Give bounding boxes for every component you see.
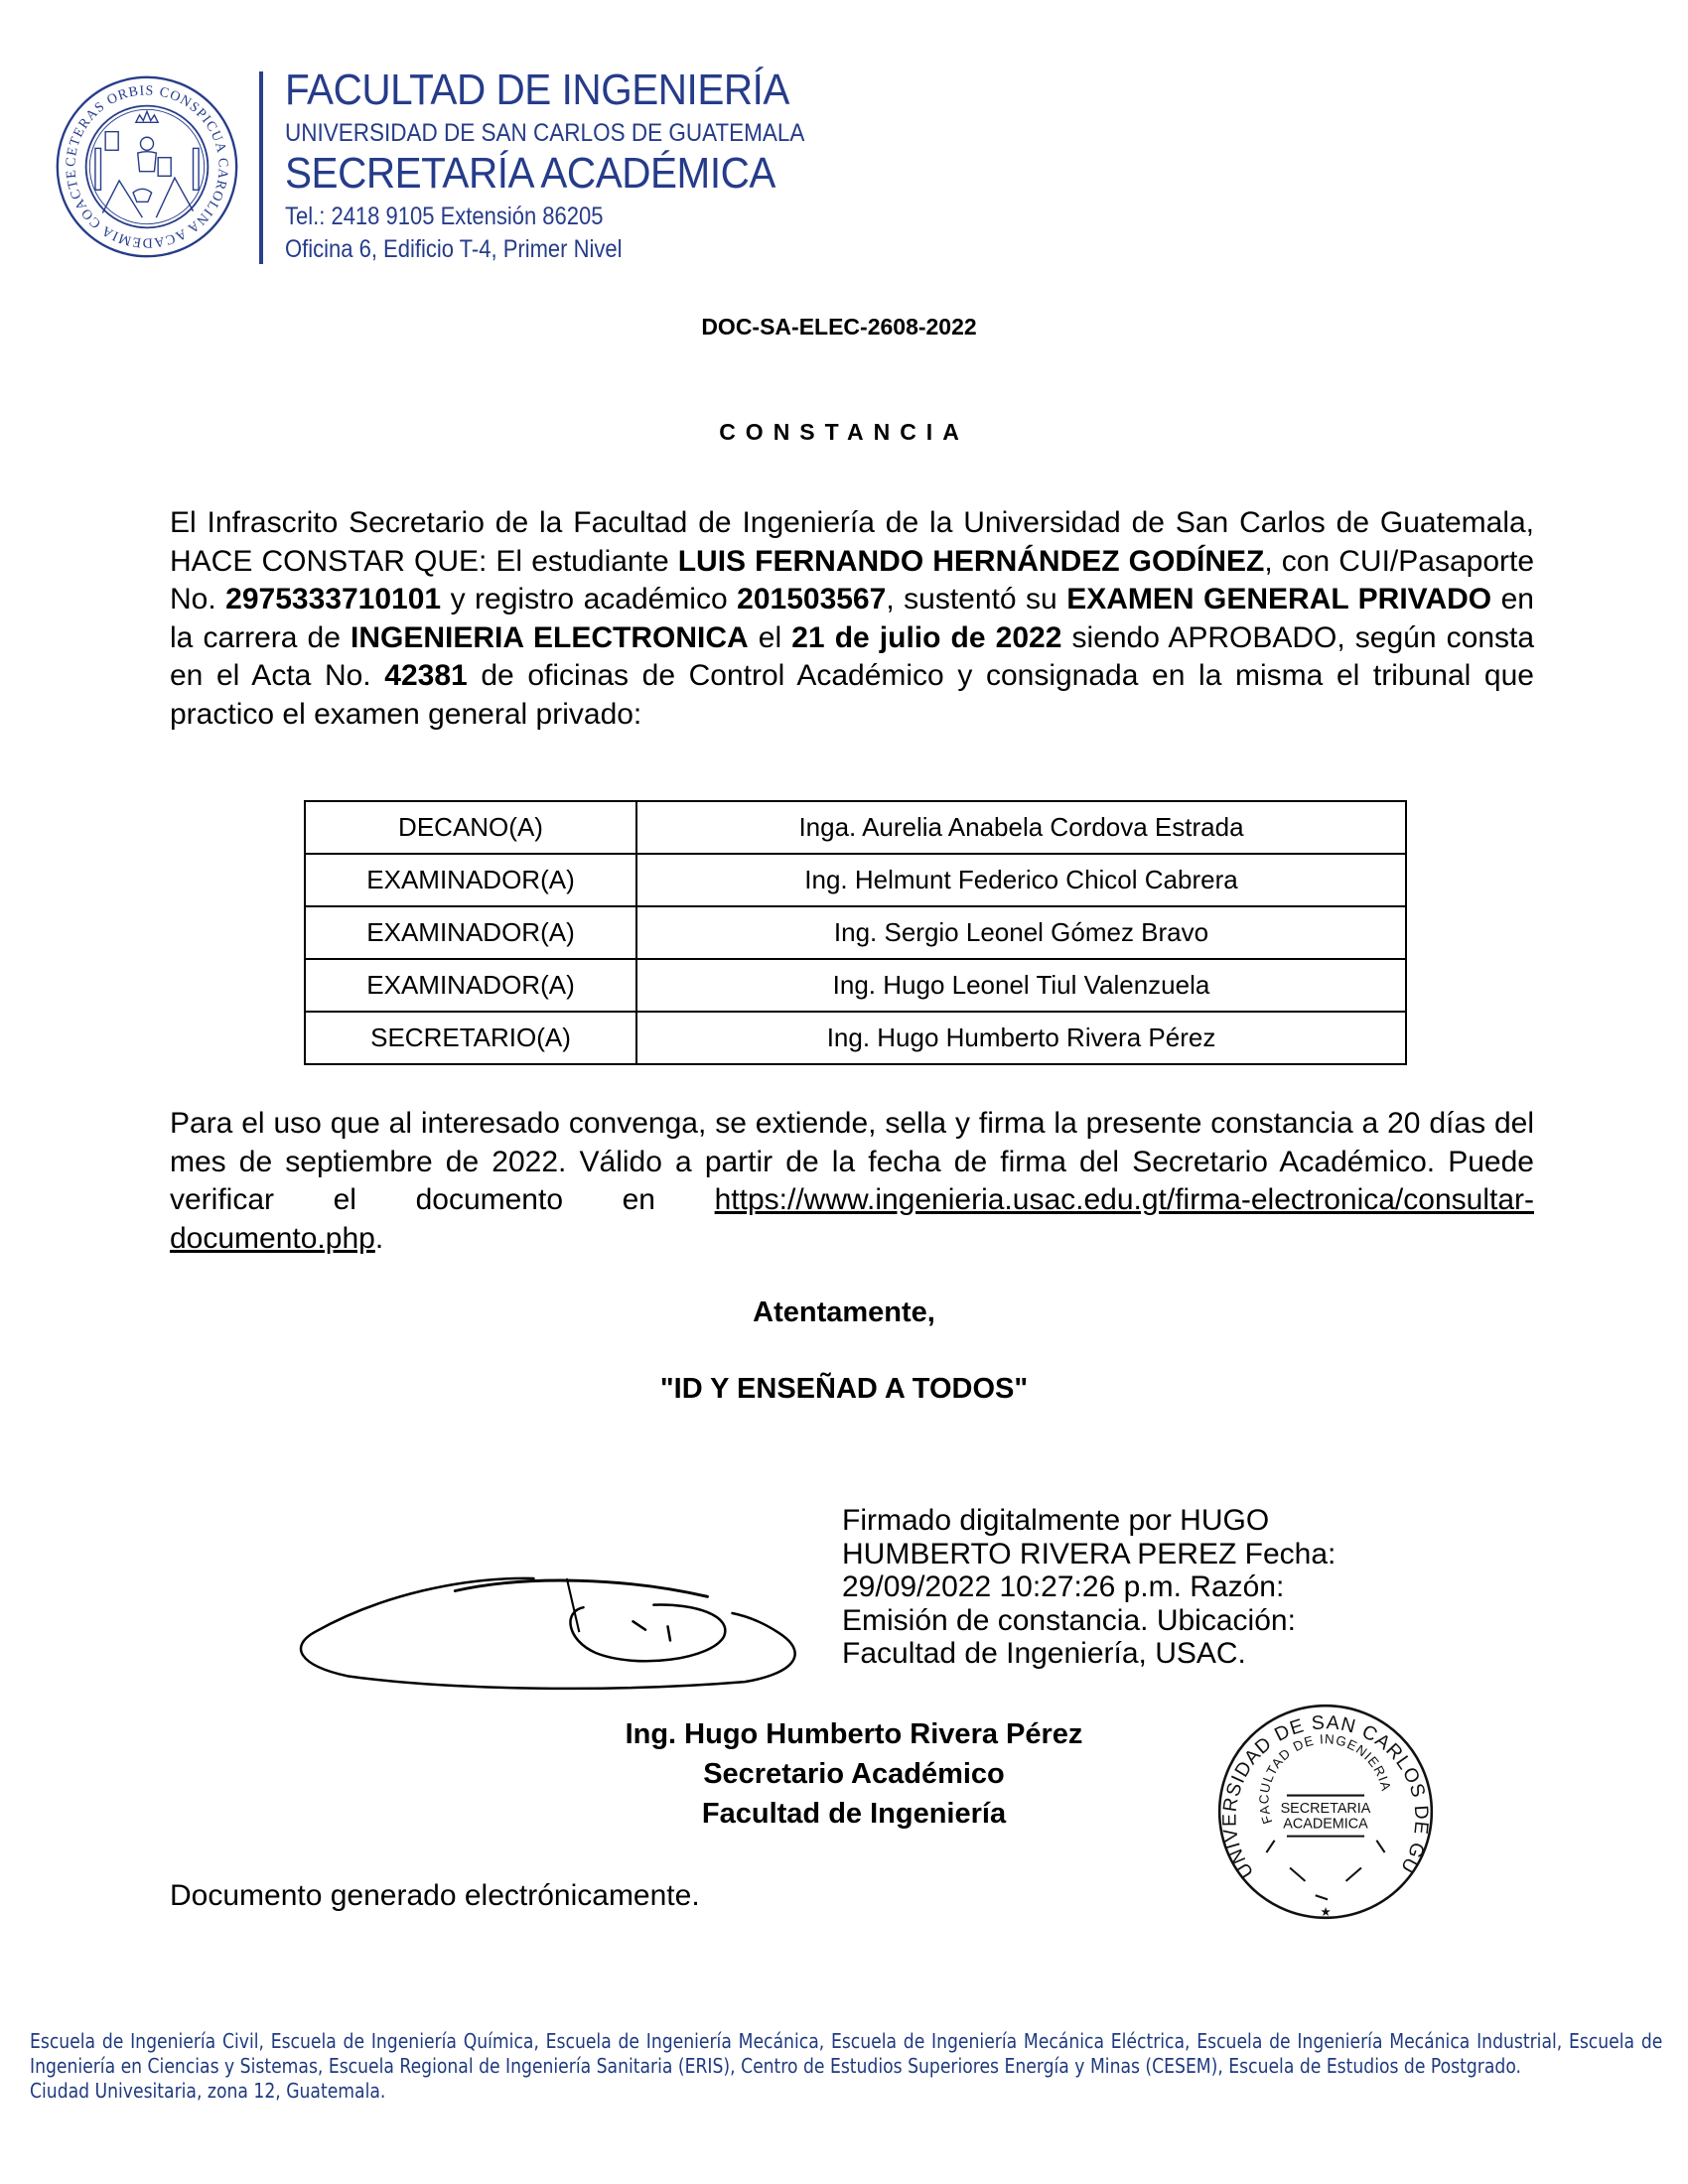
university-name: UNIVERSIDAD DE SAN CARLOS DE GUATEMALA: [285, 119, 804, 148]
tribunal-member-name: Ing. Sergio Leonel Gómez Bravo: [636, 906, 1406, 959]
tribunal-role: EXAMINADOR(A): [305, 854, 636, 906]
validity-paragraph: Para el uso que al interesado convenga, …: [170, 1105, 1534, 1258]
career-name: INGENIERIA ELECTRONICA: [351, 621, 749, 654]
document-title: CONSTANCIA: [0, 419, 1688, 446]
department-name: SECRETARÍA ACADÉMICA: [285, 149, 775, 199]
footer-schools: Escuela de Ingeniería Civil, Escuela de …: [30, 2029, 1662, 2104]
student-name: LUIS FERNANDO HERNÁNDEZ GODÍNEZ: [678, 545, 1265, 578]
tribunal-table: DECANO(A)Inga. Aurelia Anabela Cordova E…: [304, 800, 1407, 1065]
tribunal-role: DECANO(A): [305, 801, 636, 854]
digital-signature-info: Firmado digitalmente por HUGO HUMBERTO R…: [842, 1504, 1336, 1671]
tribunal-row: DECANO(A)Inga. Aurelia Anabela Cordova E…: [305, 801, 1406, 854]
tribunal-row: EXAMINADOR(A)Ing. Hugo Leonel Tiul Valen…: [305, 959, 1406, 1012]
svg-text:SECRETARIA: SECRETARIA: [1281, 1801, 1371, 1817]
generated-note: Documento generado electrónicamente.: [170, 1879, 700, 1913]
tribunal-role: SECRETARIO(A): [305, 1012, 636, 1064]
university-motto: "ID Y ENSEÑAD A TODOS": [0, 1373, 1688, 1406]
closing-salutation: Atentamente,: [0, 1297, 1688, 1329]
tribunal-row: EXAMINADOR(A)Ing. Helmunt Federico Chico…: [305, 854, 1406, 906]
official-stamp-icon: UNIVERSIDAD DE SAN CARLOS DE GUATEMALA F…: [1213, 1700, 1438, 1924]
office-info: Oficina 6, Edificio T-4, Primer Nivel: [285, 235, 622, 264]
tribunal-row: SECRETARIO(A)Ing. Hugo Humberto Rivera P…: [305, 1012, 1406, 1064]
university-seal-icon: CETERAS ORBIS CONSPICUA CAROLINA ACADEMI…: [55, 74, 239, 259]
footer-address: Ciudad Univesitaria, zona 12, Guatemala.: [30, 2079, 1662, 2104]
phone-info: Tel.: 2418 9105 Extensión 86205: [285, 203, 603, 231]
exam-date: 21 de julio de 2022: [791, 621, 1061, 654]
svg-text:ACADEMICA: ACADEMICA: [1283, 1816, 1368, 1832]
tribunal-role: EXAMINADOR(A): [305, 959, 636, 1012]
signer-position: Secretario Académico: [556, 1754, 1152, 1794]
signer-faculty: Facultad de Ingeniería: [556, 1794, 1152, 1834]
signer-name: Ing. Hugo Humberto Rivera Pérez: [556, 1714, 1152, 1754]
cui-number: 2975333710101: [225, 583, 441, 615]
tribunal-member-name: Ing. Helmunt Federico Chicol Cabrera: [636, 854, 1406, 906]
tribunal-member-name: Ing. Hugo Leonel Tiul Valenzuela: [636, 959, 1406, 1012]
tribunal-row: EXAMINADOR(A)Ing. Sergio Leonel Gómez Br…: [305, 906, 1406, 959]
handwritten-signature-icon: [238, 1554, 854, 1703]
tribunal-member-name: Inga. Aurelia Anabela Cordova Estrada: [636, 801, 1406, 854]
header-divider: [259, 71, 263, 264]
registro-academico: 201503567: [737, 583, 886, 615]
tribunal-role: EXAMINADOR(A): [305, 906, 636, 959]
exam-type: EXAMEN GENERAL PRIVADO: [1066, 583, 1491, 615]
signer-block: Ing. Hugo Humberto Rivera Pérez Secretar…: [556, 1714, 1152, 1834]
faculty-name: FACULTAD DE INGENIERÍA: [285, 66, 789, 115]
acta-number: 42381: [384, 659, 467, 692]
tribunal-member-name: Ing. Hugo Humberto Rivera Pérez: [636, 1012, 1406, 1064]
document-code: DOC-SA-ELEC-2608-2022: [0, 314, 1688, 341]
certification-paragraph: El Infrascrito Secretario de la Facultad…: [170, 504, 1534, 734]
svg-text:★: ★: [1320, 1905, 1331, 1919]
svg-text:UNIVERSIDAD DE SAN CARLOS DE G: UNIVERSIDAD DE SAN CARLOS DE GUATEMALA: [1213, 1700, 1433, 1882]
footer-schools-list: Escuela de Ingeniería Civil, Escuela de …: [30, 2029, 1662, 2079]
